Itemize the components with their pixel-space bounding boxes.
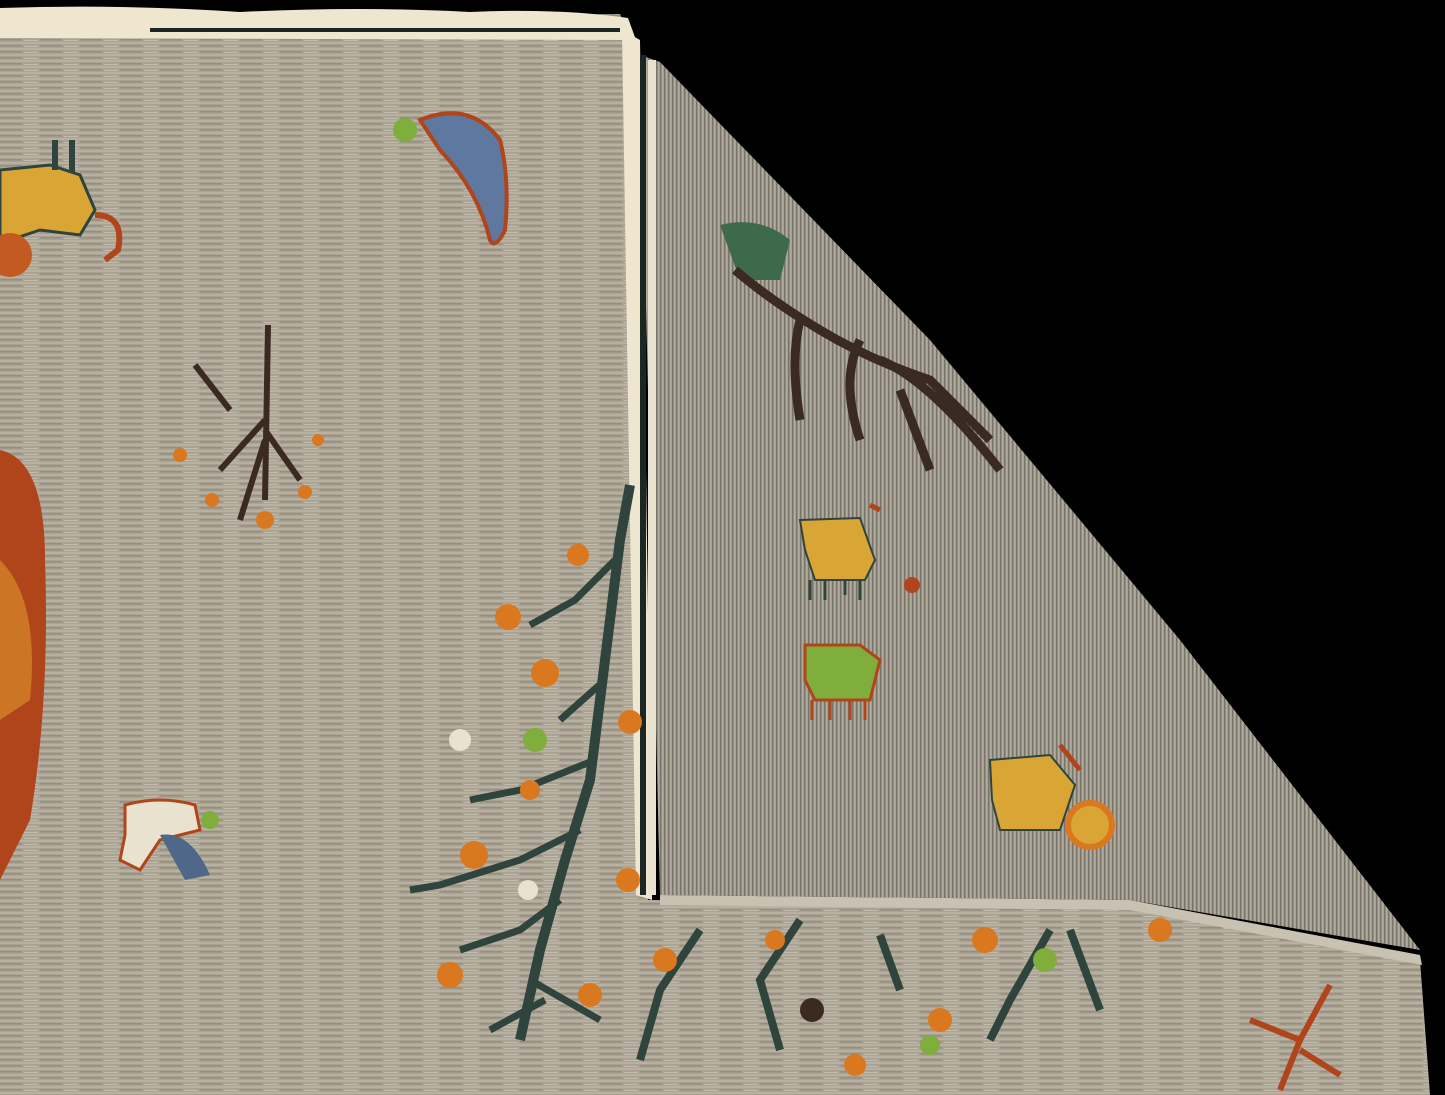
rug-photo — [0, 0, 1445, 1095]
